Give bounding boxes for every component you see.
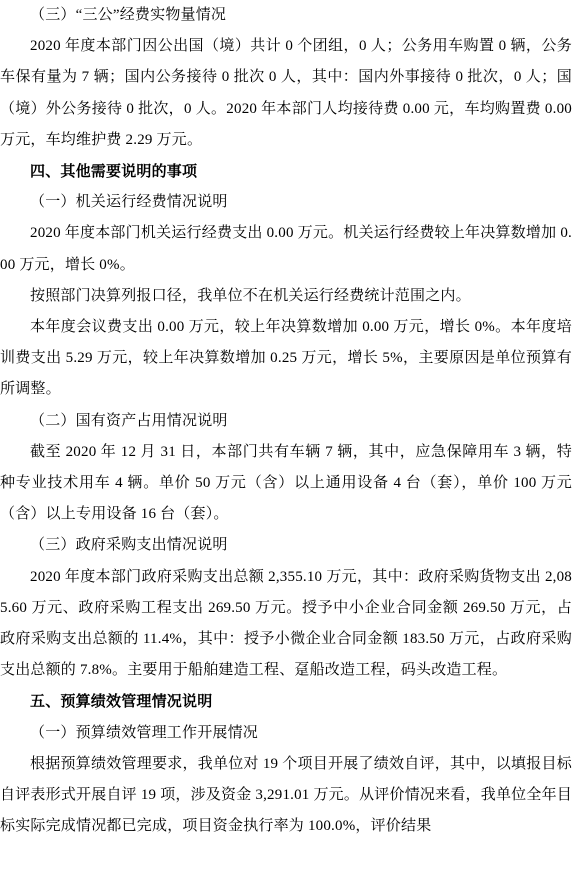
body-paragraph: 截至 2020 年 12 月 31 日，本部门共有车辆 7 辆，其中，应急保障用… — [0, 437, 572, 531]
subsection-heading: （二）国有资产占用情况说明 — [0, 406, 572, 437]
subsection-heading: （三）“三公”经费实物量情况 — [0, 0, 572, 31]
section-heading: 四、其他需要说明的事项 — [0, 156, 572, 187]
body-paragraph: 2020 年度本部门因公出国（境）共计 0 个团组，0 人；公务用车购置 0 辆… — [0, 31, 572, 156]
body-paragraph: 按照部门决算列报口径，我单位不在机关运行经费统计范围之内。 — [0, 281, 572, 312]
section-heading: 五、预算绩效管理情况说明 — [0, 686, 572, 717]
subsection-heading: （一）预算绩效管理工作开展情况 — [0, 718, 572, 749]
body-paragraph: 2020 年度本部门机关运行经费支出 0.00 万元。机关运行经费较上年决算数增… — [0, 218, 572, 280]
document-page: （三）“三公”经费实物量情况2020 年度本部门因公出国（境）共计 0 个团组，… — [0, 0, 572, 873]
subsection-heading: （三）政府采购支出情况说明 — [0, 530, 572, 561]
body-paragraph: 本年度会议费支出 0.00 万元，较上年决算数增加 0.00 万元，增长 0%。… — [0, 312, 572, 406]
subsection-heading: （一）机关运行经费情况说明 — [0, 187, 572, 218]
body-paragraph: 2020 年度本部门政府采购支出总额 2,355.10 万元，其中：政府采购货物… — [0, 562, 572, 687]
body-paragraph: 根据预算绩效管理要求，我单位对 19 个项目开展了绩效自评，其中，以填报目标自评… — [0, 749, 572, 843]
